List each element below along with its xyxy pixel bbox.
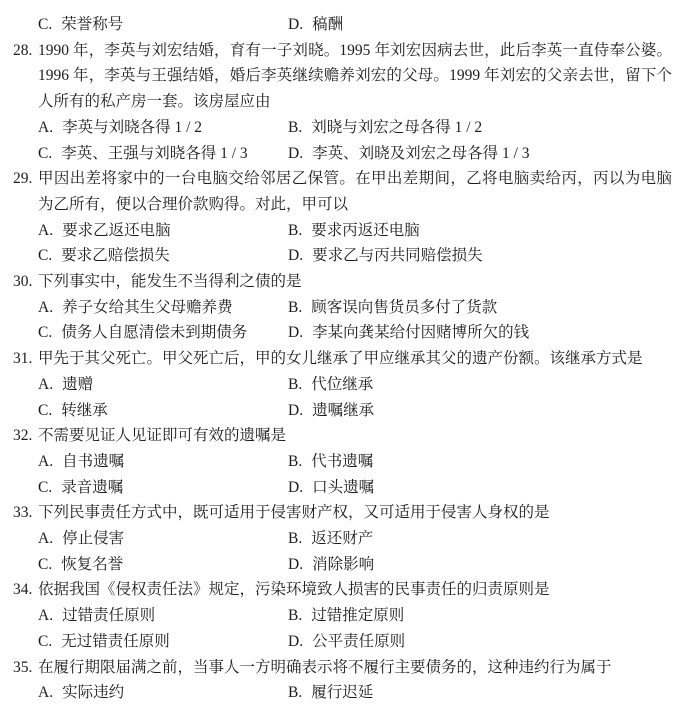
question-number: 30.: [13, 269, 32, 295]
option-text: 遗嘱继承: [312, 402, 374, 419]
question-number: 35.: [13, 655, 32, 681]
answer-option: A.要求乙返还电脑: [38, 218, 288, 244]
answer-option: C.要求乙赔偿损失: [38, 243, 288, 269]
option-text: 要求乙与丙共同赔偿损失: [312, 247, 483, 264]
option-text: 公平责任原则: [312, 633, 405, 650]
option-text: 遗赠: [62, 376, 93, 393]
option-letter: B.: [288, 218, 302, 244]
page: { "document": { "background": "#ffffff",…: [0, 0, 680, 716]
question-block: 32. 不需要见证人见证即可有效的遗嘱是 A.自书遗嘱 B.代书遗嘱 C.录音遗…: [0, 423, 672, 500]
option-letter: B.: [288, 115, 302, 141]
answer-option: D.消除影响: [288, 552, 672, 578]
answer-option: D.公平责任原则: [288, 629, 672, 655]
answer-option: B.代位继承: [288, 372, 672, 398]
answer-option: A.遗赠: [38, 372, 288, 398]
option-letter: D.: [288, 320, 303, 346]
option-text: 实际违约: [62, 684, 124, 701]
option-letter: D.: [288, 629, 303, 655]
question-number: 32.: [13, 423, 32, 449]
option-text: 口头遗嘱: [312, 479, 374, 496]
option-letter: D.: [288, 552, 303, 578]
previous-question-trailing-options: C.荣誉称号 D.稿酬: [38, 12, 672, 38]
option-letter: A.: [38, 449, 53, 475]
question-block: 29. 甲因出差将家中的一台电脑交给邻居乙保管。在甲出差期间，乙将电脑卖给丙，丙…: [0, 166, 672, 269]
question-list: 28. 1990 年，李英与刘宏结婚，育有一子刘晓。1995 年刘宏因病去世，此…: [0, 38, 672, 706]
answer-option: D.李某向龚某给付因赌博所欠的钱: [288, 320, 672, 346]
question-block: 28. 1990 年，李英与刘宏结婚，育有一子刘晓。1995 年刘宏因病去世，此…: [0, 38, 672, 167]
option-text: 恢复名誉: [61, 556, 123, 573]
answer-option: B.要求丙返还电脑: [288, 218, 672, 244]
option-text: 自书遗嘱: [62, 453, 124, 470]
answer-option: D.李英、刘晓及刘宏之母各得 1 / 3: [288, 141, 672, 167]
question-stem-row: 33. 下列民事责任方式中，既可适用于侵害财产权，又可适用于侵害人身权的是: [0, 500, 672, 526]
option-letter: B.: [288, 526, 302, 552]
answer-option: A.停止侵害: [38, 526, 288, 552]
answer-option: C.录音遗嘱: [38, 475, 288, 501]
option-text: 要求乙赔偿损失: [61, 247, 170, 264]
option-letter: B.: [288, 603, 302, 629]
option-letter: C.: [38, 12, 52, 38]
question-block: 35. 在履行期限届满之前，当事人一方明确表示将不履行主要债务的，这种违约行为属…: [0, 655, 672, 706]
question-stem: 在履行期限届满之前，当事人一方明确表示将不履行主要债务的，这种违约行为属于: [38, 655, 672, 681]
option-letter: A.: [38, 295, 53, 321]
answer-option: A.养子女给其生父母赡养费: [38, 295, 288, 321]
question-options: A.自书遗嘱 B.代书遗嘱 C.录音遗嘱 D.口头遗嘱: [38, 449, 672, 500]
option-letter: D.: [288, 398, 303, 424]
option-text: 录音遗嘱: [61, 479, 123, 496]
question-block: 30. 下列事实中，能发生不当得利之债的是 A.养子女给其生父母赡养费 B.顾客…: [0, 269, 672, 346]
option-text: 要求丙返还电脑: [311, 222, 420, 239]
question-stem: 依据我国《侵权责任法》规定，污染环境致人损害的民事责任的归责原则是: [38, 577, 672, 603]
option-text: 消除影响: [312, 556, 374, 573]
option-text: 李英、王强与刘晓各得 1 / 3: [61, 145, 247, 162]
option-letter: A.: [38, 218, 53, 244]
question-block: 31. 甲先于其父死亡。甲父死亡后，甲的女儿继承了甲应继承其父的遗产份额。该继承…: [0, 346, 672, 423]
option-text: 无过错责任原则: [61, 633, 170, 650]
option-letter: A.: [38, 115, 53, 141]
option-letter: B.: [288, 449, 302, 475]
option-letter: C.: [38, 398, 52, 424]
option-text: 过错责任原则: [62, 607, 155, 624]
question-options: A.遗赠 B.代位继承 C.转继承 D.遗嘱继承: [38, 372, 672, 423]
question-stem: 甲因出差将家中的一台电脑交给邻居乙保管。在甲出差期间，乙将电脑卖给丙，丙以为电脑…: [38, 166, 672, 217]
question-number: 28.: [13, 38, 32, 64]
option-letter: C.: [38, 552, 52, 578]
option-letter: D.: [288, 141, 303, 167]
option-text: 转继承: [61, 402, 108, 419]
exam-document: C.荣誉称号 D.稿酬 28. 1990 年，李英与刘宏结婚，育有一子刘晓。19…: [0, 0, 680, 716]
option-letter: C.: [38, 141, 52, 167]
option-text: 刘晓与刘宏之母各得 1 / 2: [311, 119, 482, 136]
question-stem: 甲先于其父死亡。甲父死亡后，甲的女儿继承了甲应继承其父的遗产份额。该继承方式是: [38, 346, 672, 372]
option-letter: D.: [288, 475, 303, 501]
question-stem: 下列事实中，能发生不当得利之债的是: [38, 269, 672, 295]
question-stem-row: 34. 依据我国《侵权责任法》规定，污染环境致人损害的民事责任的归责原则是: [0, 577, 672, 603]
answer-option: C.荣誉称号: [38, 12, 288, 38]
answer-option: A.李英与刘晓各得 1 / 2: [38, 115, 288, 141]
question-stem: 1990 年，李英与刘宏结婚，育有一子刘晓。1995 年刘宏因病去世，此后李英一…: [38, 38, 672, 115]
question-number: 33.: [13, 500, 32, 526]
question-block: 34. 依据我国《侵权责任法》规定，污染环境致人损害的民事责任的归责原则是 A.…: [0, 577, 672, 654]
option-text: 履行迟延: [311, 684, 373, 701]
answer-option: A.过错责任原则: [38, 603, 288, 629]
question-options: A.停止侵害 B.返还财产 C.恢复名誉 D.消除影响: [38, 526, 672, 577]
option-letter: C.: [38, 243, 52, 269]
answer-option: D.遗嘱继承: [288, 398, 672, 424]
question-options: A.要求乙返还电脑 B.要求丙返还电脑 C.要求乙赔偿损失 D.要求乙与丙共同赔…: [38, 218, 672, 269]
option-text: 养子女给其生父母赡养费: [62, 299, 233, 316]
answer-option: B.代书遗嘱: [288, 449, 672, 475]
answer-option: B.顾客误向售货员多付了货款: [288, 295, 672, 321]
option-text: 要求乙返还电脑: [62, 222, 171, 239]
option-letter: B.: [288, 295, 302, 321]
question-stem-row: 29. 甲因出差将家中的一台电脑交给邻居乙保管。在甲出差期间，乙将电脑卖给丙，丙…: [0, 166, 672, 217]
question-number: 31.: [13, 346, 32, 372]
answer-option: C.转继承: [38, 398, 288, 424]
option-letter: A.: [38, 372, 53, 398]
option-text: 返还财产: [311, 530, 373, 547]
option-text: 代位继承: [311, 376, 373, 393]
option-letter: C.: [38, 320, 52, 346]
question-options: A.养子女给其生父母赡养费 B.顾客误向售货员多付了货款 C.债务人自愿清偿未到…: [38, 295, 672, 346]
question-stem-row: 31. 甲先于其父死亡。甲父死亡后，甲的女儿继承了甲应继承其父的遗产份额。该继承…: [0, 346, 672, 372]
question-stem-row: 32. 不需要见证人见证即可有效的遗嘱是: [0, 423, 672, 449]
answer-option: C.恢复名誉: [38, 552, 288, 578]
answer-option: C.无过错责任原则: [38, 629, 288, 655]
answer-option: A.实际违约: [38, 680, 288, 706]
option-text: 过错推定原则: [311, 607, 404, 624]
answer-option: B.过错推定原则: [288, 603, 672, 629]
option-text: 债务人自愿清偿未到期债务: [61, 324, 247, 341]
option-letter: A.: [38, 603, 53, 629]
option-text: 停止侵害: [62, 530, 124, 547]
answer-option: C.债务人自愿清偿未到期债务: [38, 320, 288, 346]
question-options: A.李英与刘晓各得 1 / 2 B.刘晓与刘宏之母各得 1 / 2 C.李英、王…: [38, 115, 672, 166]
option-letter: C.: [38, 629, 52, 655]
question-options: A.过错责任原则 B.过错推定原则 C.无过错责任原则 D.公平责任原则: [38, 603, 672, 654]
option-letter: B.: [288, 680, 302, 706]
option-letter: C.: [38, 475, 52, 501]
question-stem-row: 35. 在履行期限届满之前，当事人一方明确表示将不履行主要债务的，这种违约行为属…: [0, 655, 672, 681]
answer-option: B.刘晓与刘宏之母各得 1 / 2: [288, 115, 672, 141]
option-letter: A.: [38, 680, 53, 706]
question-stem-row: 30. 下列事实中，能发生不当得利之债的是: [0, 269, 672, 295]
option-text: 稿酬: [312, 16, 343, 33]
answer-option: A.自书遗嘱: [38, 449, 288, 475]
question-block: 33. 下列民事责任方式中，既可适用于侵害财产权，又可适用于侵害人身权的是 A.…: [0, 500, 672, 577]
option-letter: D.: [288, 12, 303, 38]
option-text: 李某向龚某给付因赌博所欠的钱: [312, 324, 529, 341]
option-letter: D.: [288, 243, 303, 269]
question-stem: 下列民事责任方式中，既可适用于侵害财产权，又可适用于侵害人身权的是: [38, 500, 672, 526]
question-number: 29.: [13, 166, 32, 192]
option-text: 代书遗嘱: [311, 453, 373, 470]
option-text: 李英、刘晓及刘宏之母各得 1 / 3: [312, 145, 529, 162]
answer-option: D.口头遗嘱: [288, 475, 672, 501]
answer-option: C.李英、王强与刘晓各得 1 / 3: [38, 141, 288, 167]
option-letter: A.: [38, 526, 53, 552]
answer-option: D.稿酬: [288, 12, 672, 38]
question-options: A.实际违约 B.履行迟延: [38, 680, 672, 706]
question-number: 34.: [13, 577, 32, 603]
answer-option: D.要求乙与丙共同赔偿损失: [288, 243, 672, 269]
answer-option: B.履行迟延: [288, 680, 672, 706]
question-stem-row: 28. 1990 年，李英与刘宏结婚，育有一子刘晓。1995 年刘宏因病去世，此…: [0, 38, 672, 115]
option-text: 顾客误向售货员多付了货款: [311, 299, 497, 316]
option-text: 李英与刘晓各得 1 / 2: [62, 119, 202, 136]
option-letter: B.: [288, 372, 302, 398]
option-text: 荣誉称号: [61, 16, 123, 33]
question-stem: 不需要见证人见证即可有效的遗嘱是: [38, 423, 672, 449]
answer-option: B.返还财产: [288, 526, 672, 552]
